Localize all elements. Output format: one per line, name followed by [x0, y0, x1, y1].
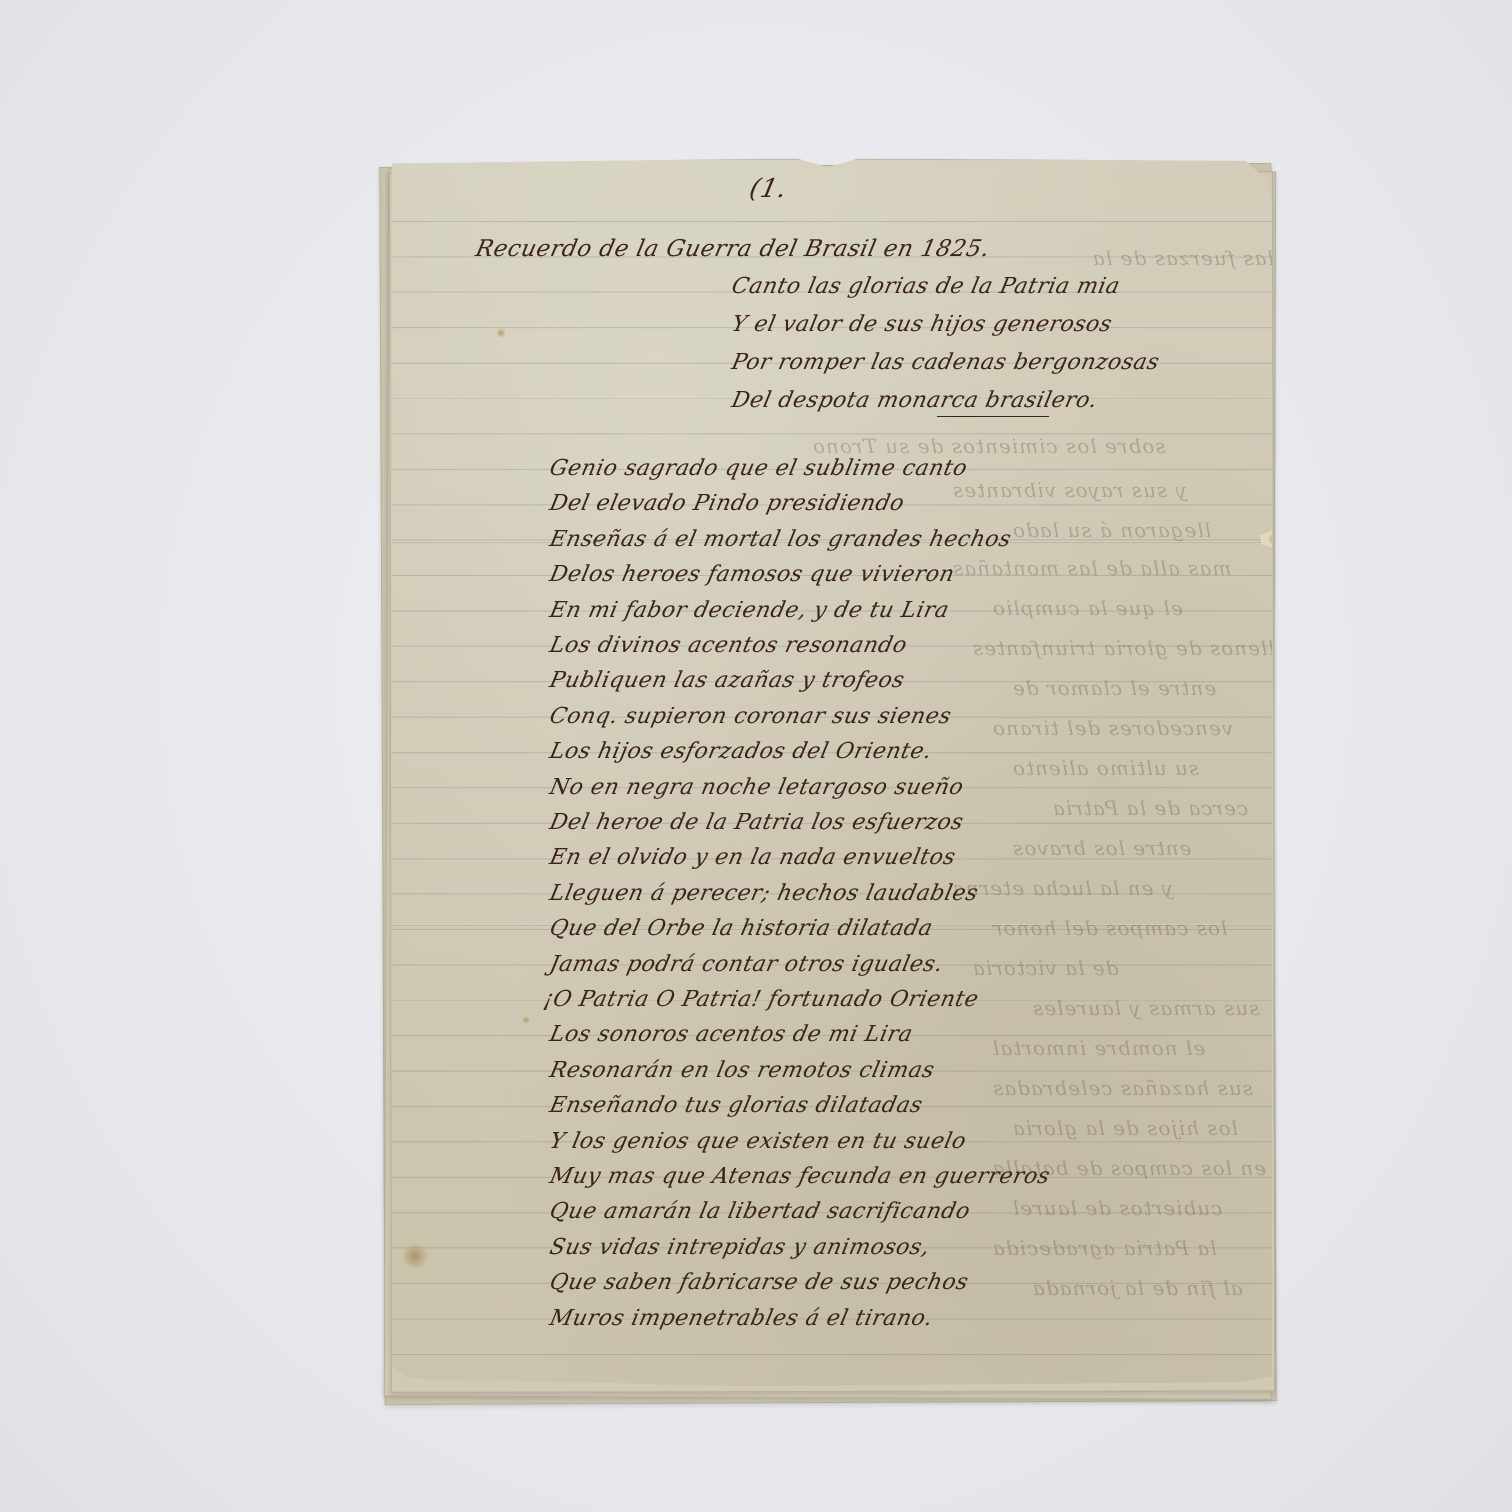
- bleed-through-text: cubiertos de laurel: [1012, 1196, 1222, 1220]
- verse-line: No en negra noche letargoso sueño: [547, 775, 966, 800]
- bleed-through-text: las fuerzas de la: [1092, 246, 1274, 270]
- verse-line: Que saben fabricarse de sus pechos: [547, 1270, 970, 1295]
- bleed-through-text: al fin de la jornada: [1032, 1276, 1243, 1300]
- verse-line: Genio sagrado que el sublime canto: [547, 456, 969, 481]
- epigraph-line: Y el valor de sus hijos generosos: [729, 312, 1114, 337]
- epigraph-line: Canto las glorias de la Patria mia: [729, 274, 1122, 299]
- verse-line: Que amarán la libertad sacrificando: [547, 1199, 972, 1224]
- bleed-through-text: sus hazañas celebradas: [992, 1076, 1253, 1100]
- epigraph-line: Del despota monarca brasilero.: [729, 388, 1099, 413]
- verse-line: Resonarán en los remotos climas: [547, 1058, 936, 1083]
- age-stain: [402, 1241, 428, 1271]
- verse-line: Delos heroes famosos que vivieron: [547, 562, 957, 587]
- bleed-through-text: mas alla de las montañas: [952, 556, 1231, 580]
- bleed-through-text: cerca de la Patria: [1052, 796, 1248, 820]
- bleed-through-text: entre los bravos: [1012, 836, 1191, 860]
- verse-line: Sus vidas intrepidas y animosos,: [547, 1235, 932, 1260]
- bleed-through-text: llenos de gloria triunfantes: [972, 636, 1275, 660]
- bleed-through-text: la Patria agradecida: [992, 1236, 1217, 1260]
- bleed-through-text: el que la cumplio: [992, 596, 1183, 620]
- verse-line: Enseñando tus glorias dilatadas: [547, 1093, 924, 1118]
- verse-line: En mi fabor deciende, y de tu Lira: [547, 598, 951, 623]
- epigraph-line: Por romper las cadenas bergonzosas: [729, 350, 1161, 375]
- verse-line: Publiquen las azañas y trofeos: [547, 668, 906, 693]
- verse-line: Muros impenetrables á el tirano.: [547, 1306, 935, 1331]
- bleed-through-text: los hijos de la gloria: [1012, 1116, 1238, 1140]
- verse-line: Los sonoros acentos de mi Lira: [547, 1022, 915, 1047]
- verse-line: En el olvido y en la nada envueltos: [547, 845, 958, 870]
- verse-line: Jamas podrá contar otros iguales.: [547, 952, 945, 977]
- bleed-through-text: entre el clamor de: [1012, 676, 1216, 700]
- verse-line: Los divinos acentos resonando: [547, 633, 909, 658]
- verse-line: Enseñas á el mortal los grandes hechos: [547, 527, 1013, 552]
- bleed-through-text: los campos del honor: [992, 916, 1227, 940]
- bleed-through-text: y sus rayos vibrantes: [952, 478, 1187, 502]
- bleed-through-text: sus armas y laureles: [1032, 996, 1260, 1020]
- page-number: (1.: [747, 174, 790, 204]
- manuscript-page: las fuerzas de la sobre los cimientos de…: [392, 156, 1272, 1386]
- bleed-through-text: sobre los cimientos de su Trono: [812, 434, 1166, 458]
- manuscript-title: Recuerdo de la Guerra del Brasil en 1825…: [473, 236, 992, 262]
- age-stain: [522, 1016, 530, 1024]
- verse-line: Del heroe de la Patria los esfuerzos: [547, 810, 966, 835]
- age-stain: [496, 328, 506, 338]
- bleed-through-text: vencedores del tirano: [992, 716, 1233, 740]
- verse-line: ¡O Patria O Patria! fortunado Oriente: [541, 987, 981, 1012]
- epigraph-underline: [937, 416, 1049, 417]
- verse-line: Los hijos esforzados del Oriente.: [547, 739, 934, 764]
- verse-line: Del elevado Pindo presidiendo: [547, 491, 906, 516]
- verse-line: Y los genios que existen en tu suelo: [547, 1129, 968, 1154]
- paper-tear: [1260, 530, 1274, 548]
- verse-line: Muy mas que Atenas fecunda en guerreros: [547, 1164, 1052, 1189]
- bleed-through-text: su ultimo aliento: [1012, 756, 1199, 780]
- bleed-through-text: el nombre inmortal: [992, 1036, 1205, 1060]
- bleed-through-text: de la victoria: [972, 956, 1119, 980]
- bleed-through-text: llegaron á su lado: [1012, 518, 1211, 542]
- bleed-through-text: y en la lucha eterna: [952, 876, 1173, 900]
- verse-line: Lleguen á perecer; hechos laudables: [547, 881, 980, 906]
- verse-line: Conq. supieron coronar sus sienes: [547, 704, 953, 729]
- verse-line: Que del Orbe la historia dilatada: [547, 916, 935, 941]
